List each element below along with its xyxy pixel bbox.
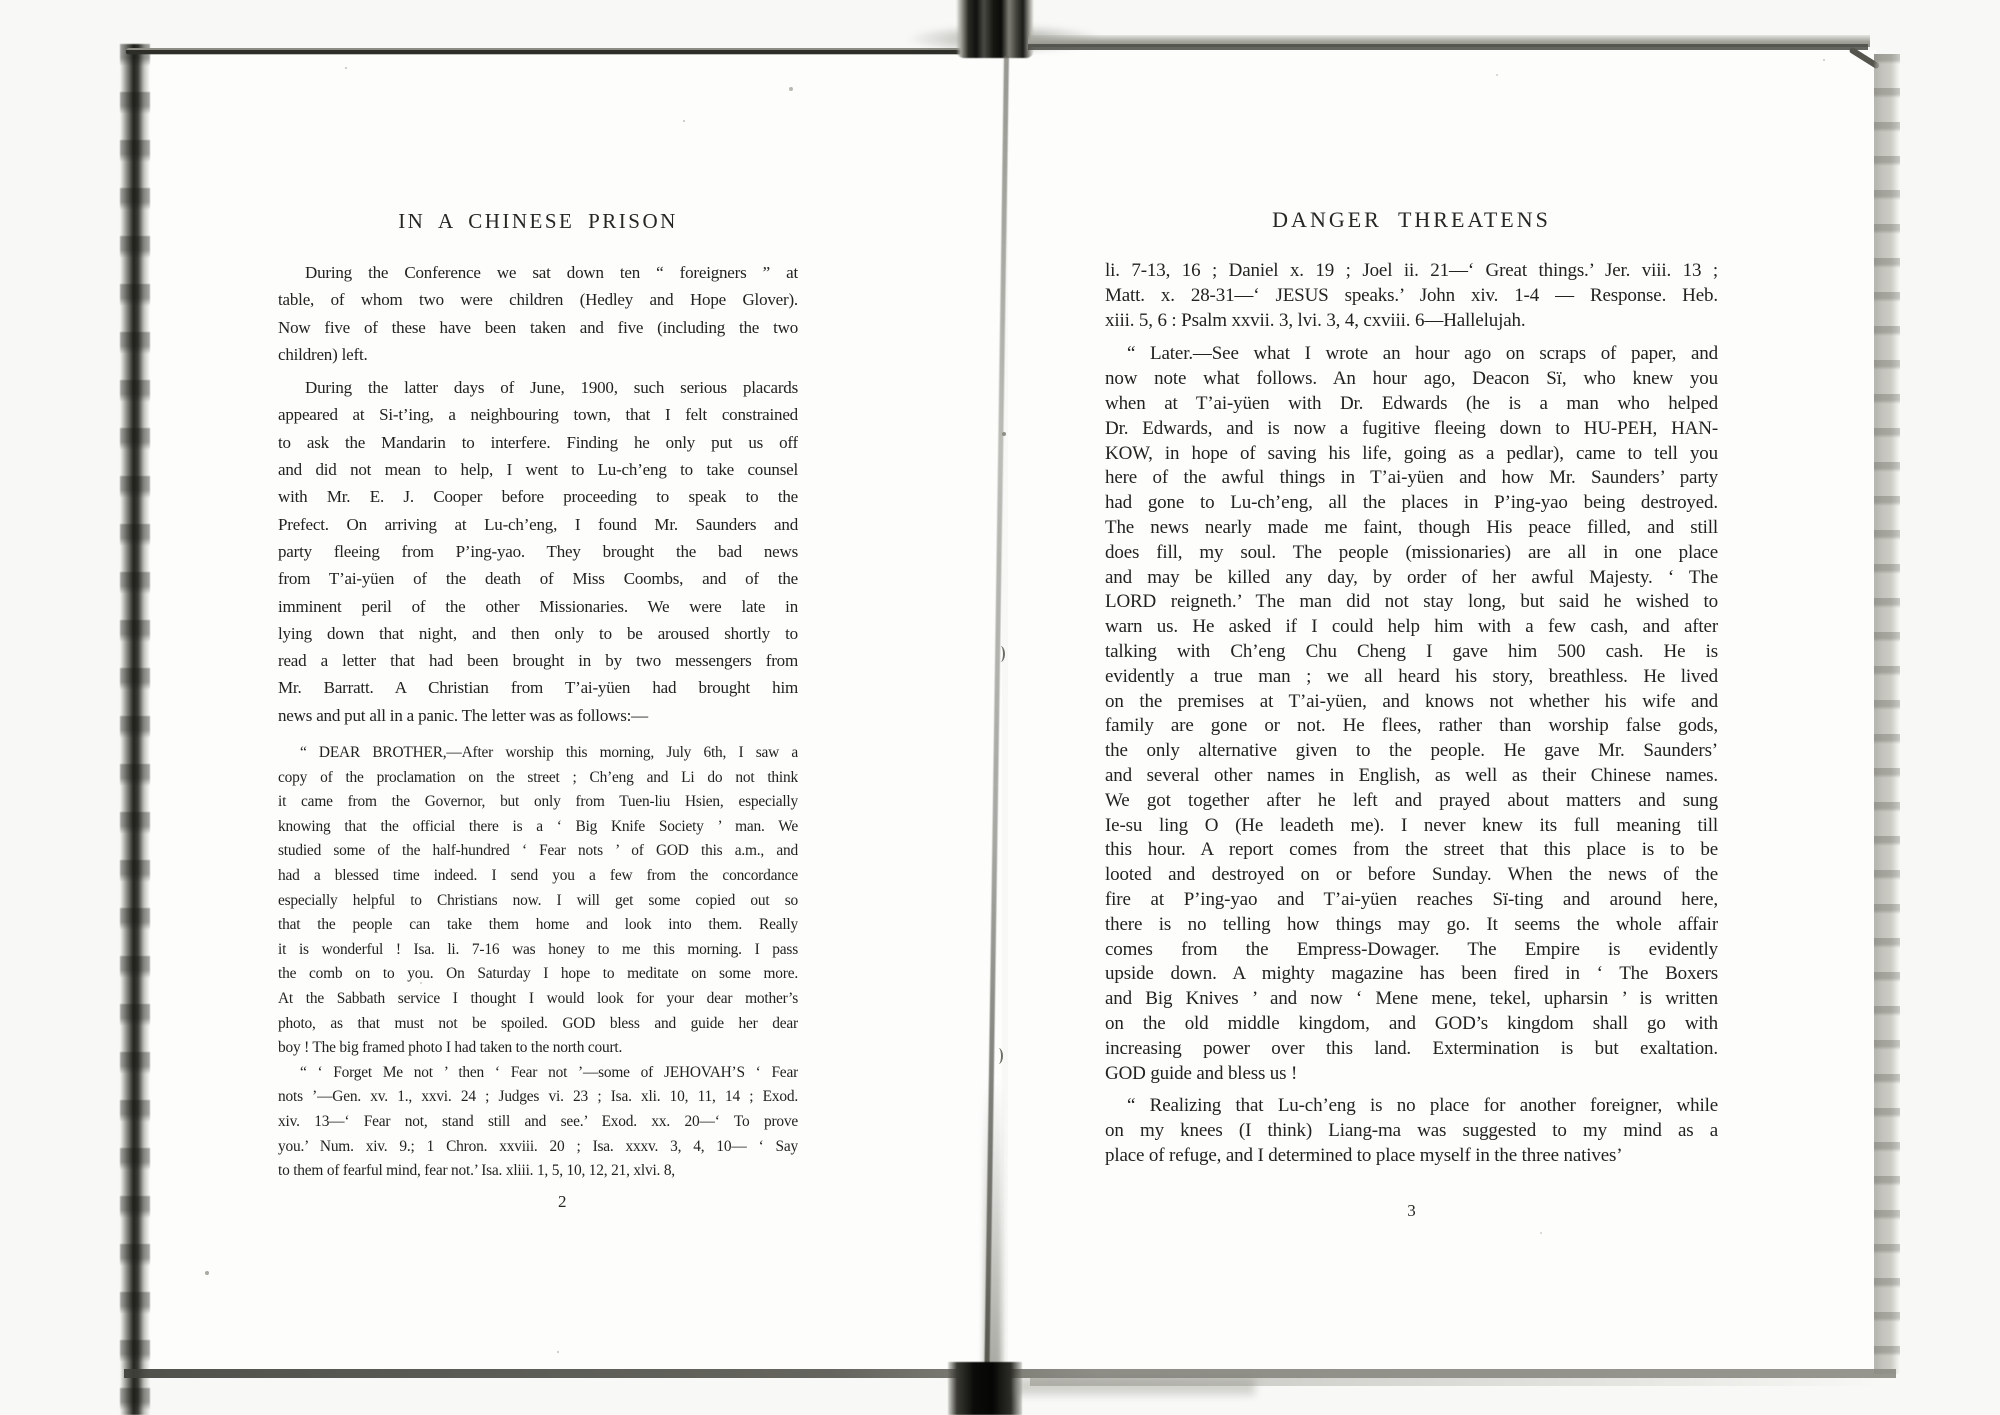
text-line: evidently a true man ; we all heard his … <box>1105 665 1718 690</box>
text-line: comes from the Empress-Dowager. The Empi… <box>1105 938 1718 963</box>
paragraph: “ DEAR BROTHER,—After worship this morni… <box>278 741 798 1061</box>
text-line: LORD reigneth.’ The man did not stay lon… <box>1105 590 1718 615</box>
text-line: appeared at Si-t’ing, a neighbouring tow… <box>278 401 798 428</box>
text-line: “ Realizing that Lu-ch’eng is no place f… <box>1105 1094 1718 1119</box>
text-line: Ie-su ling O (He leadeth me). I never kn… <box>1105 814 1718 839</box>
dust-specks <box>0 0 2 2</box>
paragraph: “ ‘ Forget Me not ’ then ‘ Fear not ’—so… <box>278 1061 798 1184</box>
text-line: especially helpful to Christians now. I … <box>278 889 798 914</box>
text-line: “ DEAR BROTHER,—After worship this morni… <box>278 741 798 766</box>
text-line: and several other names in English, as w… <box>1105 764 1718 789</box>
text-line: talking with Ch’eng Chu Cheng I gave him… <box>1105 640 1718 665</box>
text-line: had gone to Lu-ch’eng, all the places in… <box>1105 491 1718 516</box>
text-line: does fill, my soul. The people (missiona… <box>1105 541 1718 566</box>
text-line: children) left. <box>278 341 798 368</box>
book-scan: IN A CHINESE PRISON DANGER THREATENS Dur… <box>0 0 2000 1415</box>
text-line: now note what follows. An hour ago, Deac… <box>1105 367 1718 392</box>
text-line: the only alternative given to the people… <box>1105 739 1718 764</box>
book-right-page-edges <box>1874 54 1900 1374</box>
paragraph: “ Later.—See what I wrote an hour ago on… <box>1105 342 1718 1086</box>
text-line: to ask the Mandarin to interfere. Findin… <box>278 429 798 456</box>
text-line: The news nearly made me faint, though Hi… <box>1105 516 1718 541</box>
left-page-number: 2 <box>558 1192 567 1212</box>
text-line: looted and destroyed on or before Sunday… <box>1105 863 1718 888</box>
text-line: knowing that the official there is a ‘ B… <box>278 815 798 840</box>
text-line: on my knees (I think) Liang-ma was sugge… <box>1105 1119 1718 1144</box>
book-top-edge-right <box>1028 44 1868 50</box>
text-line: you.’ Num. xiv. 9.; 1 Chron. xxviii. 20 … <box>278 1135 798 1160</box>
text-line: when at T’ai-yüen with Dr. Edwards (he i… <box>1105 392 1718 417</box>
text-line: KOW, in hope of saving his life, going a… <box>1105 442 1718 467</box>
text-line: here of the awful things in T’ai-yüen an… <box>1105 466 1718 491</box>
text-line: Prefect. On arriving at Lu-ch’eng, I fou… <box>278 511 798 538</box>
text-line: Mr. Barratt. A Christian from T’ai-yüen … <box>278 674 798 701</box>
text-line: upside down. A mighty magazine has been … <box>1105 962 1718 987</box>
paragraph: “ Realizing that Lu-ch’eng is no place f… <box>1105 1094 1718 1168</box>
text-line: imminent peril of the other Missionaries… <box>278 593 798 620</box>
text-line: with Mr. E. J. Cooper before proceeding … <box>278 483 798 510</box>
scan-mark <box>994 1048 1003 1064</box>
text-line: and did not mean to help, I went to Lu-c… <box>278 456 798 483</box>
paragraph: During the latter days of June, 1900, su… <box>278 374 798 729</box>
text-line: this hour. A report comes from the stree… <box>1105 838 1718 863</box>
text-line: During the Conference we sat down ten “ … <box>278 259 798 286</box>
left-page-header: IN A CHINESE PRISON <box>278 209 798 234</box>
text-line: GOD guide and bless us ! <box>1105 1062 1718 1087</box>
scan-mark <box>996 646 1005 662</box>
text-line: At the Sabbath service I thought I would… <box>278 987 798 1012</box>
text-line: on the premises at T’ai-yüen, and knows … <box>1105 690 1718 715</box>
text-line: there is no telling how things may go. I… <box>1105 913 1718 938</box>
text-line: lying down that night, and then only to … <box>278 620 798 647</box>
text-line: on the old middle kingdom, and GOD’s kin… <box>1105 1012 1718 1037</box>
right-page-number: 3 <box>1105 1201 1718 1221</box>
text-line: boy ! The big framed photo I had taken t… <box>278 1036 798 1061</box>
text-line: increasing power over this land. Extermi… <box>1105 1037 1718 1062</box>
binding-stitching-bottom <box>948 1362 1022 1415</box>
paragraph: During the Conference we sat down ten “ … <box>278 259 798 368</box>
text-line: and may be killed any day, by order of h… <box>1105 566 1718 591</box>
right-page-header: DANGER THREATENS <box>1105 207 1718 233</box>
text-line: the comb on to you. On Saturday I hope t… <box>278 962 798 987</box>
text-line: fire at P’ing-yao and T’ai-yüen reaches … <box>1105 888 1718 913</box>
text-line: During the latter days of June, 1900, su… <box>278 374 798 401</box>
text-line: it came from the Governor, but only from… <box>278 790 798 815</box>
book-left-page-edges <box>120 44 150 1415</box>
text-line: xiv. 13—‘ Fear not, stand still and see.… <box>278 1110 798 1135</box>
text-line: from T’ai-yüen of the death of Miss Coom… <box>278 565 798 592</box>
text-line: table, of whom two were children (Hedley… <box>278 286 798 313</box>
right-page-text: li. 7-13, 16 ; Daniel x. 19 ; Joel ii. 2… <box>1105 259 1718 1169</box>
text-line: Dr. Edwards, and is now a fugitive fleei… <box>1105 417 1718 442</box>
text-line: warn us. He asked if I could help him wi… <box>1105 615 1718 640</box>
text-line: li. 7-13, 16 ; Daniel x. 19 ; Joel ii. 2… <box>1105 259 1718 284</box>
text-line: news and put all in a panic. The letter … <box>278 702 798 729</box>
text-line: party fleeing from P’ing-yao. They broug… <box>278 538 798 565</box>
text-line: to them of fearful mind, fear not.’ Isa.… <box>278 1159 798 1184</box>
text-line: and Big Knives ’ and now ‘ Mene mene, te… <box>1105 987 1718 1012</box>
text-line: “ ‘ Forget Me not ’ then ‘ Fear not ’—so… <box>278 1061 798 1086</box>
text-line: nots ’—Gen. xv. 1., xxvi. 24 ; Judges vi… <box>278 1085 798 1110</box>
text-line: had a blessed time indeed. I send you a … <box>278 864 798 889</box>
text-line: photo, as that must not be spoiled. GOD … <box>278 1012 798 1037</box>
scan-smudge <box>1015 1377 1255 1395</box>
left-page-text: During the Conference we sat down ten “ … <box>278 259 798 1184</box>
book-top-edge-left <box>126 48 962 55</box>
binding-stitching-top <box>956 0 1034 58</box>
paragraph: li. 7-13, 16 ; Daniel x. 19 ; Joel ii. 2… <box>1105 259 1718 333</box>
text-line: family are gone or not. He flees, rather… <box>1105 714 1718 739</box>
text-line: “ Later.—See what I wrote an hour ago on… <box>1105 342 1718 367</box>
text-line: that the people can take them home and l… <box>278 913 798 938</box>
text-line: xiii. 5, 6 : Psalm xxvii. 3, lvi. 3, 4, … <box>1105 309 1718 334</box>
text-line: copy of the proclamation on the street ;… <box>278 766 798 791</box>
gutter-shadow-lower <box>984 1080 1002 1370</box>
text-line: We got together after he left and prayed… <box>1105 789 1718 814</box>
text-line: place of refuge, and I determined to pla… <box>1105 1144 1718 1169</box>
text-line: Now five of these have been taken and fi… <box>278 314 798 341</box>
text-line: read a letter that had been brought in b… <box>278 647 798 674</box>
text-line: Matt. x. 28-31—‘ JESUS speaks.’ John xiv… <box>1105 284 1718 309</box>
text-line: it is wonderful ! Isa. li. 7-16 was hone… <box>278 938 798 963</box>
text-line: studied some of the half-hundred ‘ Fear … <box>278 839 798 864</box>
